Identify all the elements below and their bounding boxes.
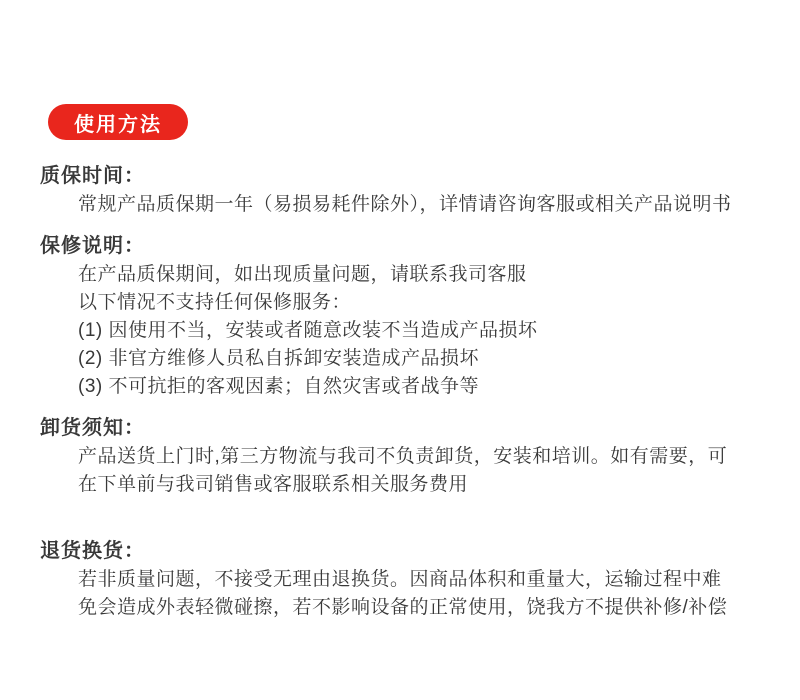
section-title: 质保时间： [40,162,776,191]
section-title: 退货换货： [40,537,776,566]
section-title: 卸货须知： [40,414,776,443]
section-warranty-period: 质保时间： 常规产品质保期一年（易损易耗件除外），详情请咨询客服或相关产品说明书 [40,162,776,219]
product-policy-content: 质保时间： 常规产品质保期一年（易损易耗件除外），详情请咨询客服或相关产品说明书… [40,162,776,635]
section-line: (3) 不可抗拒的客观因素；自然灾害或者战争等 [78,373,776,401]
section-line: 在下单前与我司销售或客服联系相关服务费用 [78,471,776,499]
section-body: 若非质量问题，不接受无理由退换货。因商品体积和重量大，运输过程中难 免会造成外表… [40,566,776,622]
section-body: 在产品质保期间，如出现质量问题，请联系我司客服 以下情况不支持任何保修服务： (… [40,261,776,401]
section-unloading-notice: 卸货须知： 产品送货上门时,第三方物流与我司不负责卸货，安装和培训。如有需要，可… [40,414,776,499]
section-line: 在产品质保期间，如出现质量问题，请联系我司客服 [78,261,776,289]
section-line: (2) 非官方维修人员私自拆卸安装造成产品损坏 [78,345,776,373]
usage-method-badge-label: 使用方法 [74,108,162,137]
section-title: 保修说明： [40,232,776,261]
section-repair-notes: 保修说明： 在产品质保期间，如出现质量问题，请联系我司客服 以下情况不支持任何保… [40,232,776,401]
section-line: (1) 因使用不当，安装或者随意改装不当造成产品损坏 [78,317,776,345]
section-line: 免会造成外表轻微碰擦，若不影响设备的正常使用，饶我方不提供补修/补偿 [78,594,776,622]
section-line: 以下情况不支持任何保修服务： [78,289,776,317]
section-returns-exchanges: 退货换货： 若非质量问题，不接受无理由退换货。因商品体积和重量大，运输过程中难 … [40,537,776,622]
section-body: 产品送货上门时,第三方物流与我司不负责卸货，安装和培训。如有需要，可 在下单前与… [40,443,776,499]
section-line: 产品送货上门时,第三方物流与我司不负责卸货，安装和培训。如有需要，可 [78,443,776,471]
section-line: 若非质量问题，不接受无理由退换货。因商品体积和重量大，运输过程中难 [78,566,776,594]
section-line: 常规产品质保期一年（易损易耗件除外），详情请咨询客服或相关产品说明书 [78,191,776,219]
usage-method-badge: 使用方法 [48,104,188,140]
section-body: 常规产品质保期一年（易损易耗件除外），详情请咨询客服或相关产品说明书 [40,191,776,219]
